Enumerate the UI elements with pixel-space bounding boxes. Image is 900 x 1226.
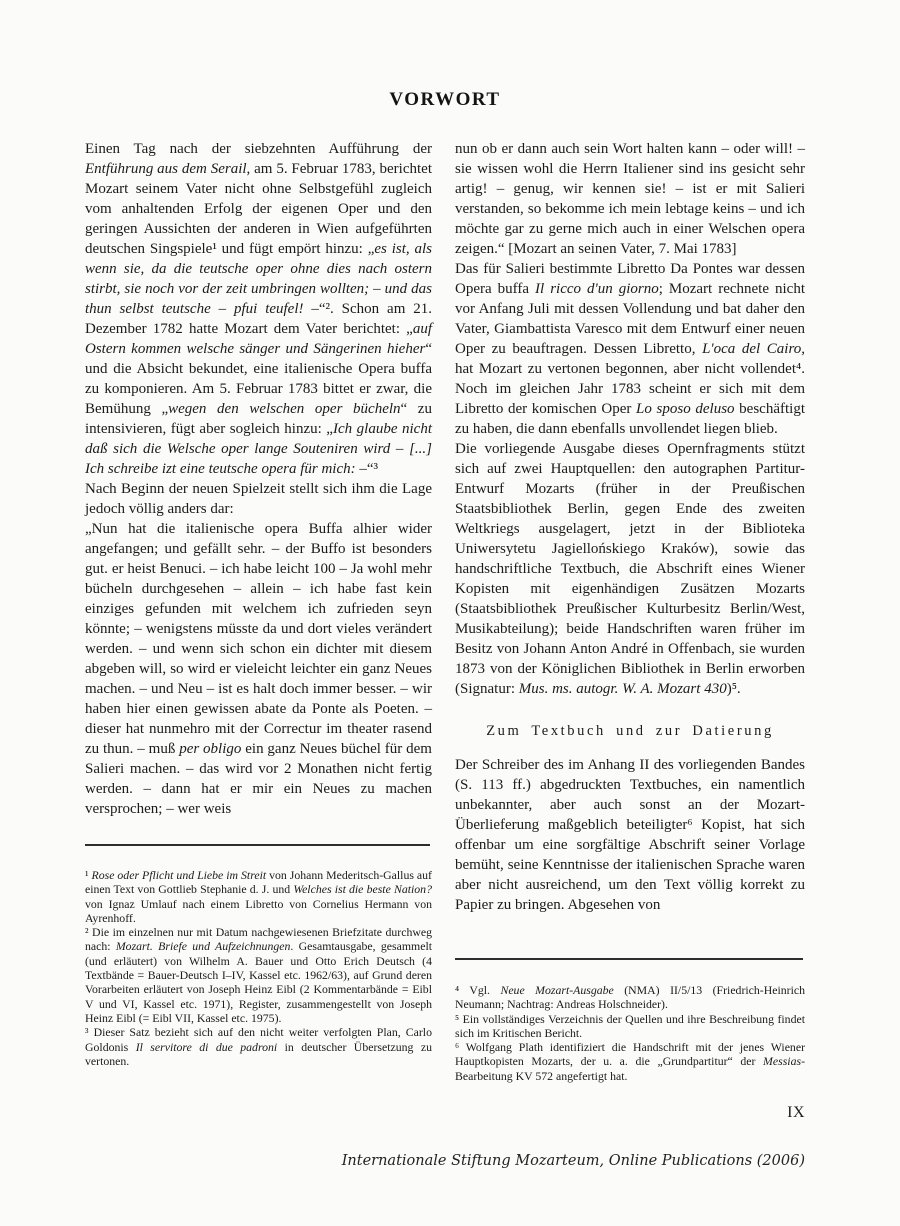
footnote: ⁶ Wolfgang Plath identifiziert die Hands…: [455, 1040, 805, 1083]
footnote: ³ Dieser Satz bezieht sich auf den nicht…: [85, 1025, 432, 1068]
paragraph: Nach Beginn der neuen Spielzeit stellt s…: [85, 479, 432, 519]
page-title: VORWORT: [85, 89, 805, 111]
left-column: Einen Tag nach der siebzehnten Aufführun…: [85, 139, 432, 819]
footnote-separator: [455, 958, 803, 960]
paragraph: Der Schreiber des im Anhang II des vorli…: [455, 755, 805, 915]
footnote: ⁵ Ein vollständiges Verzeichnis der Quel…: [455, 1012, 805, 1041]
section-heading: Zum Textbuch und zur Datierung: [455, 721, 805, 741]
publication-footer: Internationale Stiftung Mozarteum, Onlin…: [342, 1153, 805, 1169]
footnote: ² Die im einzelnen nur mit Datum nachgew…: [85, 925, 432, 1025]
paragraph: Die vorliegende Ausgabe dieses Opernfrag…: [455, 439, 805, 699]
right-column: nun ob er dann auch sein Wort halten kan…: [455, 139, 805, 915]
paragraph: „Nun hat die italienische opera Buffa al…: [85, 519, 432, 819]
paragraph: Das für Salieri bestimmte Libretto Da Po…: [455, 259, 805, 439]
page-number: IX: [787, 1104, 805, 1122]
right-footnotes: ⁴ Vgl. Neue Mozart-Ausgabe (NMA) II/5/13…: [455, 983, 805, 1083]
left-footnotes: ¹ Rose oder Pflicht und Liebe im Streit …: [85, 868, 432, 1068]
paragraph: nun ob er dann auch sein Wort halten kan…: [455, 139, 805, 259]
footnote: ¹ Rose oder Pflicht und Liebe im Streit …: [85, 868, 432, 925]
footnote-separator: [85, 844, 430, 846]
footnote: ⁴ Vgl. Neue Mozart-Ausgabe (NMA) II/5/13…: [455, 983, 805, 1012]
paragraph: Einen Tag nach der siebzehnten Aufführun…: [85, 139, 432, 479]
